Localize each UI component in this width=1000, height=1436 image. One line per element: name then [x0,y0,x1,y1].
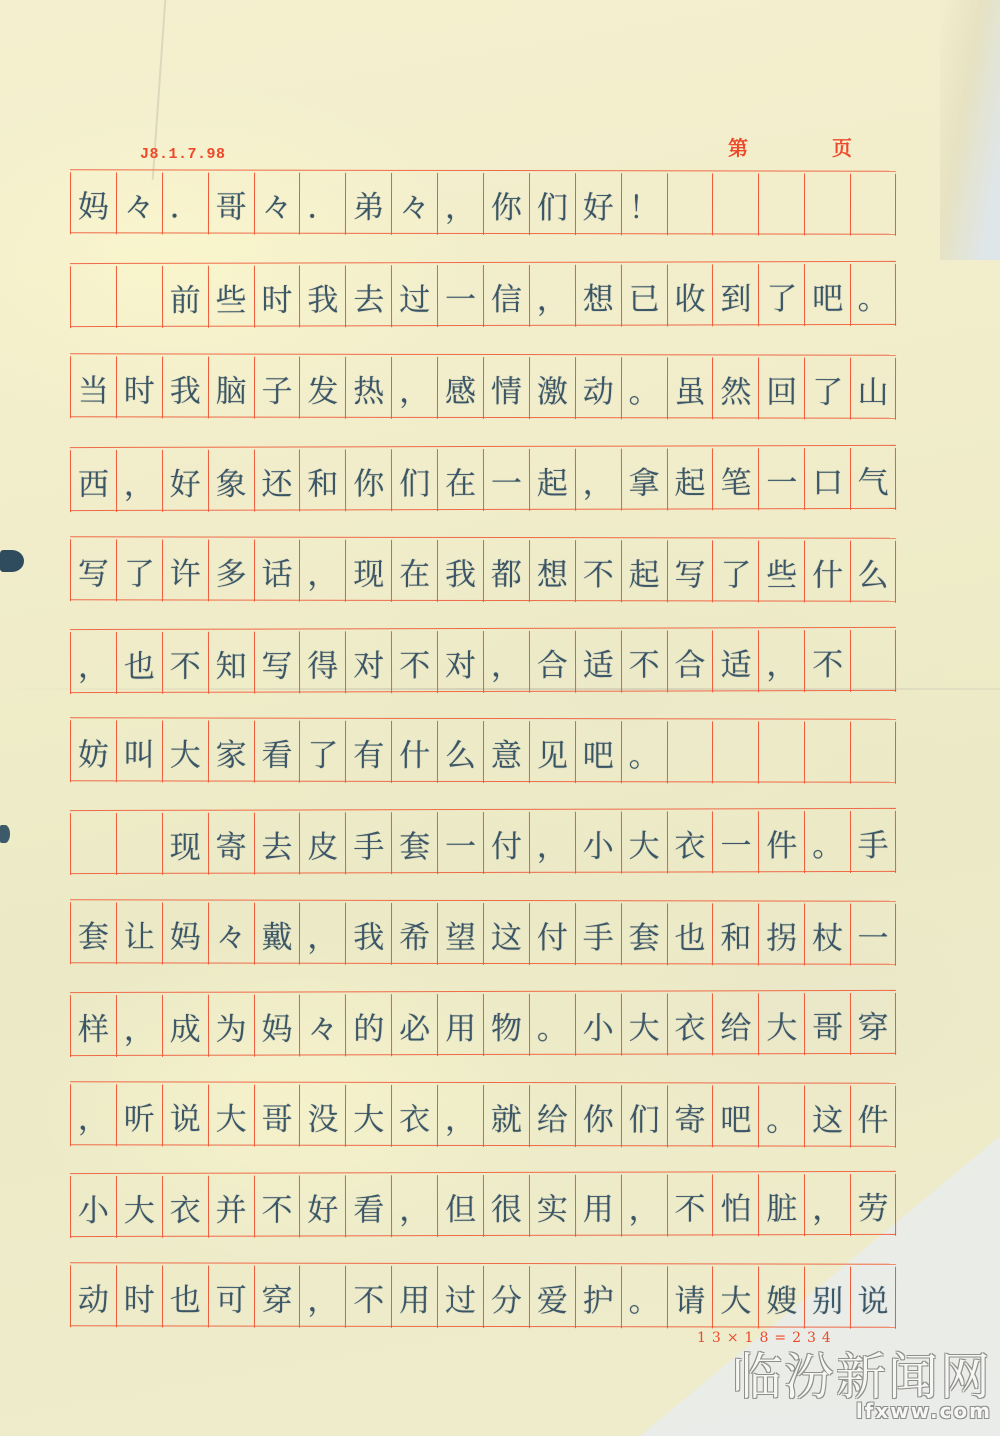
grid-cell: 合 [529,631,575,693]
grid-row: 妈々．哥々．弟々，你们好！ [70,169,896,234]
page-label-di: 第 [728,132,748,161]
grid-cell: 么 [850,541,896,603]
grid-cell: 我 [162,356,208,418]
grid-cell: ， [299,903,345,965]
grid-cell: 家 [208,721,254,783]
grid-cell: 你 [575,1085,621,1147]
grid-cell: 虽 [667,357,713,419]
grid-cell: 现 [162,813,208,875]
grid-cell: 爱 [529,1266,575,1328]
grid-cell: 哥 [804,993,850,1055]
grid-cell [70,813,116,875]
grid-cell: 劳 [850,1174,896,1236]
grid-cell: 让 [116,902,162,964]
grid-cell: 。 [621,1266,667,1328]
grid-cell: 在 [437,449,483,511]
grid-cell: 过 [437,1266,483,1328]
grid-cell [850,630,896,692]
grid-cell: ， [437,1085,483,1147]
grid-cell: 用 [391,1266,437,1328]
grid-cell: 意 [483,721,529,783]
grid-cell: 都 [483,540,529,602]
grid-cell: 想 [529,540,575,602]
grid-cell: 拿 [621,449,667,511]
grid-cell: 就 [483,1085,529,1147]
grid-cell: 手 [345,812,391,874]
grid-cell: 不 [575,540,621,602]
grid-cell: 大 [162,720,208,782]
grid-cell: 我 [345,903,391,965]
page-label-ye: 页 [832,132,852,161]
grid-cell: 情 [483,357,529,419]
grid-cell: ， [391,1175,437,1237]
grid-cell: 衣 [391,1085,437,1147]
grid-cell: 什 [804,541,850,603]
grid-cell: 怕 [712,1174,758,1236]
grid-cell: 了 [804,358,850,420]
grid-cell: ， [575,449,621,511]
grid-cell: 也 [162,1265,208,1327]
grid-cell: 用 [575,1175,621,1237]
grid-cell: 的 [345,994,391,1056]
grid-cell [712,721,758,783]
grid-cell: 笔 [712,448,758,510]
grid-cell: 希 [391,903,437,965]
grid-cell: 。 [850,264,896,326]
grid-cell: 件 [758,811,804,873]
grid-cell: 衣 [162,1176,208,1238]
grid-cell: 々 [116,172,162,234]
grid-cell: 嫂 [758,1266,804,1328]
grid-cell: 时 [116,356,162,418]
grid-cell: 手 [575,903,621,965]
grid-cell: 前 [162,266,208,328]
grid-cell: 口 [804,448,850,510]
grid-cell: 已 [621,265,667,327]
grid-cell: 妈 [253,994,299,1056]
grid-cell: 寄 [208,813,254,875]
site-watermark: 临汾新闻网 lfxww.com [712,1350,992,1430]
grid-cell: 不 [804,630,850,692]
grid-cell: 一 [437,812,483,874]
grid-cell: 不 [162,632,208,694]
grid-cell: ， [758,630,804,692]
grid-cell: 看 [345,1175,391,1237]
grid-cell: 但 [437,1175,483,1237]
grid-cell: 大 [712,1266,758,1328]
grid-cell: 不 [253,1175,299,1237]
grid-cell [758,173,804,235]
grid-cell: 们 [621,1085,667,1147]
grid-cell: 写 [667,540,713,602]
grid-cell: 也 [116,632,162,694]
grid-cell: 请 [667,1266,713,1328]
grid-cell: 大 [758,993,804,1055]
grid-cell: ， [116,995,162,1057]
grid-cell: 起 [621,540,667,602]
grid-cell: 分 [483,1266,529,1328]
grid-cell: 象 [208,450,254,512]
grid-cell: 吧 [712,1085,758,1147]
grid-cell: 好 [575,173,621,235]
grid-cell: 写 [253,631,299,693]
grid-cell: 大 [208,1085,254,1147]
grid-cell: 时 [253,265,299,327]
grid-cell: ， [529,265,575,327]
grid-cell: 时 [116,1265,162,1327]
grid-cell: 对 [437,631,483,693]
grid-cell: ， [299,540,345,602]
grid-cell: 回 [758,357,804,419]
grid-cell [667,721,713,783]
grid-cell [70,266,116,328]
grid-cell: 给 [712,993,758,1055]
grid-cell: 些 [758,540,804,602]
grid-cell: 穿 [850,993,896,1055]
grid-cell: 为 [208,995,254,1057]
grid-cell: 知 [208,632,254,694]
grid-cell: 々 [299,994,345,1056]
grid-cell: 。 [758,1085,804,1147]
watermark-name: 临汾新闻网 [732,1350,992,1404]
grid-cell: ， [529,812,575,874]
grid-cell: 许 [162,539,208,601]
grid-cell: 有 [345,721,391,783]
paper-code: J8.1.7.98 [140,146,226,163]
grid-cell: 说 [850,1267,896,1329]
grid-cell: 吧 [575,721,621,783]
grid-cell: 你 [483,173,529,235]
grid-cell: ， [116,450,162,512]
grid-cell: 很 [483,1175,529,1237]
grid-cell: 护 [575,1266,621,1328]
grid-cell: 信 [483,265,529,327]
grid-cell [804,722,850,784]
grid-cell: 大 [116,1176,162,1238]
grid-row: 西，好象还和你们在一起，拿起笔一口气 [70,445,896,511]
grid-cell: 激 [529,357,575,419]
grid-cell: 实 [529,1175,575,1237]
grid-cell: 和 [712,903,758,965]
grid-cell: ， [621,1175,667,1237]
grid-cell: ， [391,357,437,419]
grid-cell: 不 [667,1174,713,1236]
ink-blot [0,550,24,572]
grid-cell: ， [437,173,483,235]
grid-cell: 不 [391,631,437,693]
grid-cell: 哥 [254,1085,300,1147]
grid-cell: 子 [254,357,300,419]
grid-cell: 々 [208,903,254,965]
grid-cell: 。 [621,357,667,419]
grid-cell: 用 [437,994,483,1056]
grid-cell: 些 [208,266,254,328]
grid-cell: 穿 [254,1266,300,1328]
grid-cell [804,174,850,236]
grid-cell: 小 [575,994,621,1056]
grid-cell: 妈 [70,172,116,234]
grid-cell: 起 [667,448,713,510]
grid-cell: 西 [70,450,116,512]
grid-row: 妨叫大家看了有什么意见吧。 [70,717,896,782]
grid-row: 写了许多话，现在我都想不起写了些什么 [70,536,896,601]
grid-cell: 吧 [804,264,850,326]
grid-cell [116,813,162,875]
grid-cell: 一 [483,449,529,511]
grid-cell: 你 [345,449,391,511]
grid-cell: 得 [299,631,345,693]
grid-cell: 收 [667,264,713,326]
grid-cell: 不 [621,631,667,693]
grid-cell: 写 [70,539,116,601]
grid-cell: 动 [575,357,621,419]
grid-cell [758,721,804,783]
grid-cell: 去 [345,265,391,327]
grid-cell: ， [70,1084,116,1146]
grid-cell: 和 [299,449,345,511]
grid-cell: 脑 [208,357,254,419]
grid-cell: 衣 [667,811,713,873]
grid-cell: 起 [529,449,575,511]
grid-cell: 么 [437,721,483,783]
grid-cell: 了 [116,539,162,601]
grid-cell: ． [162,172,208,234]
grid-cell: 我 [437,540,483,602]
grid-cell: 说 [162,1084,208,1146]
grid-cell: 别 [804,1267,850,1329]
grid-cell: 好 [162,450,208,512]
grid-cell: 当 [70,356,116,418]
grid-cell [850,174,896,236]
grid-cell: 一 [850,904,896,966]
paper-torn-corner [940,0,1000,260]
grid-cell: 妈 [162,902,208,964]
grid-row: ，也不知写得对不对，合适不合适，不 [70,627,896,693]
grid-cell: ． [299,173,345,235]
grid-row: 动时也可穿，不用过分爱护。请大嫂别说 [70,1262,896,1327]
grid-cell: ， [483,631,529,693]
grid-cell: 也 [667,903,713,965]
grid-cell: 了 [299,721,345,783]
grid-cell: 听 [116,1084,162,1146]
grid-cell: 动 [70,1265,116,1327]
grid-cell: 寄 [667,1085,713,1147]
grid-cell: ！ [621,173,667,235]
grid-cell: 话 [254,540,300,602]
grid-cell [712,173,758,235]
grid-cell: 见 [529,721,575,783]
grid-cell [116,266,162,328]
grid-cell: 可 [208,1266,254,1328]
grid-cell: 合 [667,630,713,692]
grid-cell: 一 [758,448,804,510]
grid-cell: 成 [162,995,208,1057]
grid-cell: 大 [345,1085,391,1147]
grid-cell: 这 [483,903,529,965]
grid-cell: 多 [208,540,254,602]
grid-cell: 。 [804,811,850,873]
grid-cell: 脏 [758,1174,804,1236]
grid-cell: 我 [299,265,345,327]
grid-cell: 不 [345,1266,391,1328]
grid-cell: 好 [299,1175,345,1237]
grid-cell: 皮 [299,812,345,874]
grid-row: 前些时我去过一信，想已收到了吧。 [70,261,896,327]
grid-cell: 给 [529,1085,575,1147]
grid-cell: 这 [804,1086,850,1148]
grid-cell: ， [70,632,116,694]
ink-blot [0,825,10,843]
grid-cell: 然 [712,357,758,419]
grid-cell: 一 [712,811,758,873]
grid-cell: 。 [529,994,575,1056]
grid-cell: 到 [712,264,758,326]
grid-cell: 对 [345,631,391,693]
grid-cell: 在 [391,540,437,602]
grid-cell: 叫 [116,720,162,782]
grid-cell: 小 [575,812,621,874]
grid-cell: 山 [850,358,896,420]
grid-cell: 大 [621,812,667,874]
grid-cell: 现 [345,540,391,602]
grid-cell: 妨 [70,720,116,782]
grid-cell: 々 [254,173,300,235]
grid-cell: 套 [621,903,667,965]
grid-cell: 发 [299,357,345,419]
grid-cell: 热 [345,357,391,419]
grid-cell: 还 [253,449,299,511]
grid-cell: 物 [483,994,529,1056]
grid-formula: 13×18=234 [697,1330,837,1346]
grid-cell: 哥 [208,173,254,235]
grid-cell: ， [299,1266,345,1328]
grid-cell: 衣 [667,993,713,1055]
grid-cell: 大 [621,994,667,1056]
grid-row: 样，成为妈々的必用物。小大衣给大哥穿 [70,990,896,1056]
grid-cell: 弟 [345,173,391,235]
grid-cell [850,722,896,784]
grid-cell: 感 [437,357,483,419]
grid-row: 现寄去皮手套一付，小大衣一件。手 [70,808,896,874]
grid-cell: 了 [712,540,758,602]
watermark-url: lfxww.com [856,1400,992,1422]
grid-cell: 什 [391,721,437,783]
grid-row: 当时我脑子发热，感情激动。虽然回了山 [70,353,896,418]
grid-cell: 了 [758,264,804,326]
grid-cell: 付 [483,812,529,874]
grid-cell: 并 [208,1176,254,1238]
grid-cell: ， [804,1174,850,1236]
grid-cell: 。 [621,721,667,783]
grid-cell: 套 [70,902,116,964]
grid-cell: 手 [850,811,896,873]
grid-cell: 适 [575,631,621,693]
grid-cell: 必 [391,994,437,1056]
grid-cell: 们 [391,449,437,511]
grid-cell: 拐 [758,903,804,965]
grid-cell: 看 [254,721,300,783]
grid-cell: 小 [70,1176,116,1238]
grid-cell: 没 [299,1085,345,1147]
grid-cell: 样 [70,995,116,1057]
grid-cell: 们 [529,173,575,235]
grid-cell [667,173,713,235]
grid-cell: 套 [391,812,437,874]
grid-cell: 望 [437,903,483,965]
grid-cell: 杖 [804,904,850,966]
grid-cell: 过 [391,265,437,327]
grid-row: ，听说大哥没大衣，就给你们寄吧。这件 [70,1081,896,1146]
grid-row: 小大衣并不好看，但很实用，不怕脏，劳 [70,1171,896,1237]
grid-row: 套让妈々戴，我希望这付手套也和拐杖一 [70,899,896,964]
grid-cell: 付 [529,903,575,965]
grid-cell: 去 [253,812,299,874]
grid-cell: 想 [575,265,621,327]
grid-cell: 气 [850,448,896,510]
grid-cell: 适 [712,630,758,692]
grid-cell: 一 [437,265,483,327]
grid-cell: 々 [391,173,437,235]
grid-cell: 戴 [254,903,300,965]
grid-cell: 件 [850,1086,896,1148]
